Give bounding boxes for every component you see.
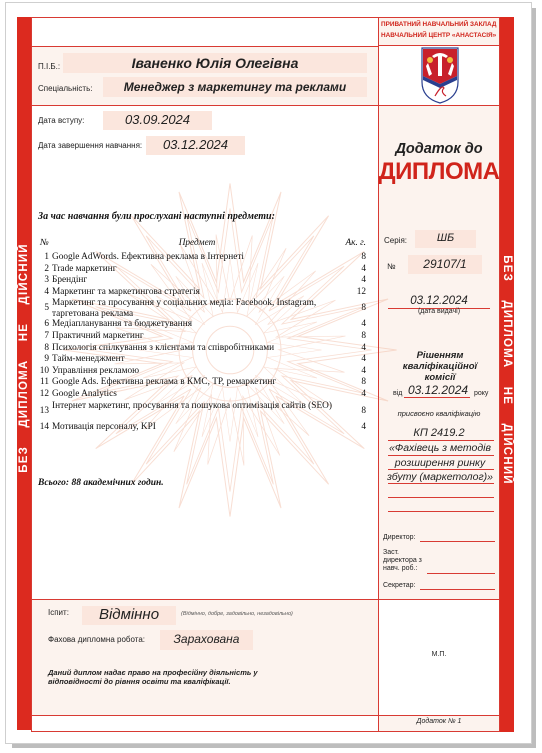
subject-row: 11Google Ads. Ефективна реклама в КМС, Т…: [38, 377, 368, 389]
subject-name: Маркетинг та маркетингова стратегія: [52, 287, 342, 298]
subject-hours: 4: [336, 264, 366, 274]
deputy-signature-line: [427, 573, 495, 574]
subject-row: 2Trade маркетинг4: [38, 264, 368, 276]
commission-year-label: року: [474, 390, 488, 397]
commission-date-underline: [404, 397, 470, 398]
subject-number: 5: [38, 303, 49, 313]
secretary-signature-line: [420, 589, 495, 590]
finish-date-label: Дата завершення навчання:: [38, 141, 142, 150]
divider-exam-top: [31, 599, 500, 600]
subjects-header: № Предмет Ак. г.: [38, 238, 368, 250]
commission-decision: Рішенням кваліфікаційної комісії: [395, 350, 485, 383]
subject-number: 2: [38, 264, 49, 274]
thesis-value: Зарахована: [160, 632, 253, 646]
subject-name: Практичний маркетинг: [52, 331, 342, 342]
subject-hours: 4: [336, 319, 366, 329]
divider-name-top: [31, 46, 378, 47]
exam-value: Відмінно: [82, 606, 176, 623]
institution-name-line1: ПРИВАТНИЙ НАВЧАЛЬНИЙ ЗАКЛАД: [381, 21, 499, 28]
finish-date-value: 03.12.2024: [146, 137, 245, 152]
qualification-underline-4: [388, 483, 494, 484]
exam-grade-hint: (Відмінно, добре, задовільно, незадовіль…: [181, 611, 293, 617]
series-value: ШБ: [415, 232, 476, 244]
issue-date-caption: (дата видачі): [378, 308, 500, 315]
subjects-intro: За час навчання були прослухані наступні…: [38, 211, 275, 222]
divider-name-bottom: [31, 105, 500, 106]
coat-of-arms-icon: [420, 46, 460, 104]
subject-hours: 4: [336, 366, 366, 376]
secretary-label: Секретар:: [383, 582, 415, 589]
subject-row: 5Маркетинг та просування у соціальних ме…: [38, 298, 368, 319]
institution-name-line2: НАВЧАЛЬНИЙ ЦЕНТР «АНАСТАСІЯ»: [381, 32, 499, 39]
subject-name: Психологія спілкування з клієнтами та сп…: [52, 343, 342, 354]
name-value: Іваненко Юлія Олегівна: [63, 55, 367, 71]
subject-number: 10: [38, 366, 49, 376]
subject-hours: 8: [336, 303, 366, 313]
col-subject-header: Предмет: [52, 238, 342, 249]
subject-hours: 4: [336, 354, 366, 364]
subject-number: 1: [38, 252, 49, 262]
commission-date-value: 03.12.2024: [408, 383, 468, 397]
deputy-label: Заст. директора з навч. роб.:: [383, 549, 425, 573]
title-line2: ДИПЛОМА: [378, 158, 500, 186]
issue-date-value: 03.12.2024: [380, 295, 498, 307]
subject-number: 6: [38, 319, 49, 329]
specialty-label: Спеціальність:: [38, 84, 92, 93]
divider-footer: [31, 715, 500, 716]
subject-hours: 8: [336, 331, 366, 341]
subject-name: Інтернет маркетинг, просування та пошуко…: [52, 401, 342, 412]
subject-name: Google Analytics: [52, 389, 342, 400]
column-divider: [378, 17, 379, 732]
stamp-placeholder: М.П.: [378, 651, 500, 658]
specialty-value: Менеджер з маркетингу та реклами: [103, 80, 367, 94]
subject-row: 14Мотивація персоналу, KPI4: [38, 422, 368, 434]
subject-hours: 4: [336, 275, 366, 285]
subject-name: Google AdWords. Ефективна реклама в Інте…: [52, 252, 342, 263]
subject-number: 9: [38, 354, 49, 364]
enroll-date-value: 03.09.2024: [103, 112, 212, 127]
title-line1: Додаток до: [378, 141, 500, 157]
left-watermark-text: БЕЗ ДИПЛОМА НЕ ДІЙСНИЙ: [18, 243, 30, 473]
col-number-header: №: [40, 238, 51, 248]
subject-name: Тайм-менеджмент: [52, 354, 342, 365]
subject-number: 12: [38, 389, 49, 399]
subject-hours: 8: [336, 406, 366, 416]
subject-row: 6Медіапланування та бюджетування4: [38, 319, 368, 331]
subject-name: Медіапланування та бюджетування: [52, 319, 342, 330]
subject-name: Trade маркетинг: [52, 264, 342, 275]
subject-name: Управління рекламою: [52, 366, 342, 377]
subject-row: 10Управління рекламою4: [38, 366, 368, 378]
subject-hours: 12: [336, 287, 366, 297]
subject-number: 3: [38, 275, 49, 285]
subject-number: 7: [38, 331, 49, 341]
qualification-underline-5: [388, 497, 494, 498]
subject-name: Маркетинг та просування у соціальних мед…: [52, 298, 342, 319]
subject-row: 9Тайм-менеджмент4: [38, 354, 368, 366]
subject-row: 1Google AdWords. Ефективна реклама в Інт…: [38, 252, 368, 264]
subjects-total: Всього: 88 академічних годин.: [38, 478, 164, 488]
subject-hours: 4: [336, 389, 366, 399]
subject-number: 14: [38, 422, 49, 432]
exam-label: Іспит:: [48, 608, 69, 617]
right-watermark-text: БЕЗ ДИПЛОМА НЕ ДІЙСНИЙ: [501, 255, 513, 485]
director-label: Директор:: [383, 534, 415, 541]
name-label: П.І.Б.:: [38, 62, 60, 71]
subject-number: 11: [38, 377, 49, 387]
subject-number: 13: [38, 406, 49, 416]
commission-from-label: від: [393, 390, 402, 397]
subject-row: 12Google Analytics4: [38, 389, 368, 401]
series-label: Серія:: [384, 236, 407, 245]
subject-name: Брендінг: [52, 275, 342, 286]
rights-note: Даний диплом надає право на професійну д…: [48, 669, 263, 686]
director-signature-line: [420, 541, 495, 542]
subject-name: Мотивація персоналу, KPI: [52, 422, 342, 433]
qualification-underline-6: [388, 511, 494, 512]
subject-hours: 4: [336, 422, 366, 432]
thesis-label: Фахова дипломна робота:: [48, 635, 145, 644]
qualification-code: КП 2419.2: [378, 427, 500, 439]
subject-number: 4: [38, 287, 49, 297]
subject-number: 8: [38, 343, 49, 353]
number-value: 29107/1: [408, 257, 482, 271]
col-hours-header: Ак. г.: [332, 238, 366, 248]
subject-name: Google Ads. Ефективна реклама в КМС, ТР,…: [52, 377, 342, 388]
subject-hours: 8: [336, 252, 366, 262]
qualification-underline-3: [388, 469, 494, 470]
number-label: №: [387, 262, 396, 271]
qualification-underline-2: [388, 455, 494, 456]
subject-row: 7Практичний маркетинг8: [38, 331, 368, 343]
subject-hours: 8: [336, 377, 366, 387]
subject-row: 4Маркетинг та маркетингова стратегія12: [38, 287, 368, 299]
appendix-number: Додаток № 1: [378, 718, 500, 725]
qualification-name: «Фахівець з методів розширення ринку збу…: [382, 441, 498, 485]
subject-hours: 4: [336, 343, 366, 353]
subject-row: 13Інтернет маркетинг, просування та пошу…: [38, 401, 368, 422]
qualification-assigned-label: присвоєно кваліфікацію: [378, 409, 500, 418]
subject-row: 8Психологія спілкування з клієнтами та с…: [38, 343, 368, 355]
subject-row: 3Брендінг4: [38, 275, 368, 287]
enroll-date-label: Дата вступу:: [38, 116, 84, 125]
